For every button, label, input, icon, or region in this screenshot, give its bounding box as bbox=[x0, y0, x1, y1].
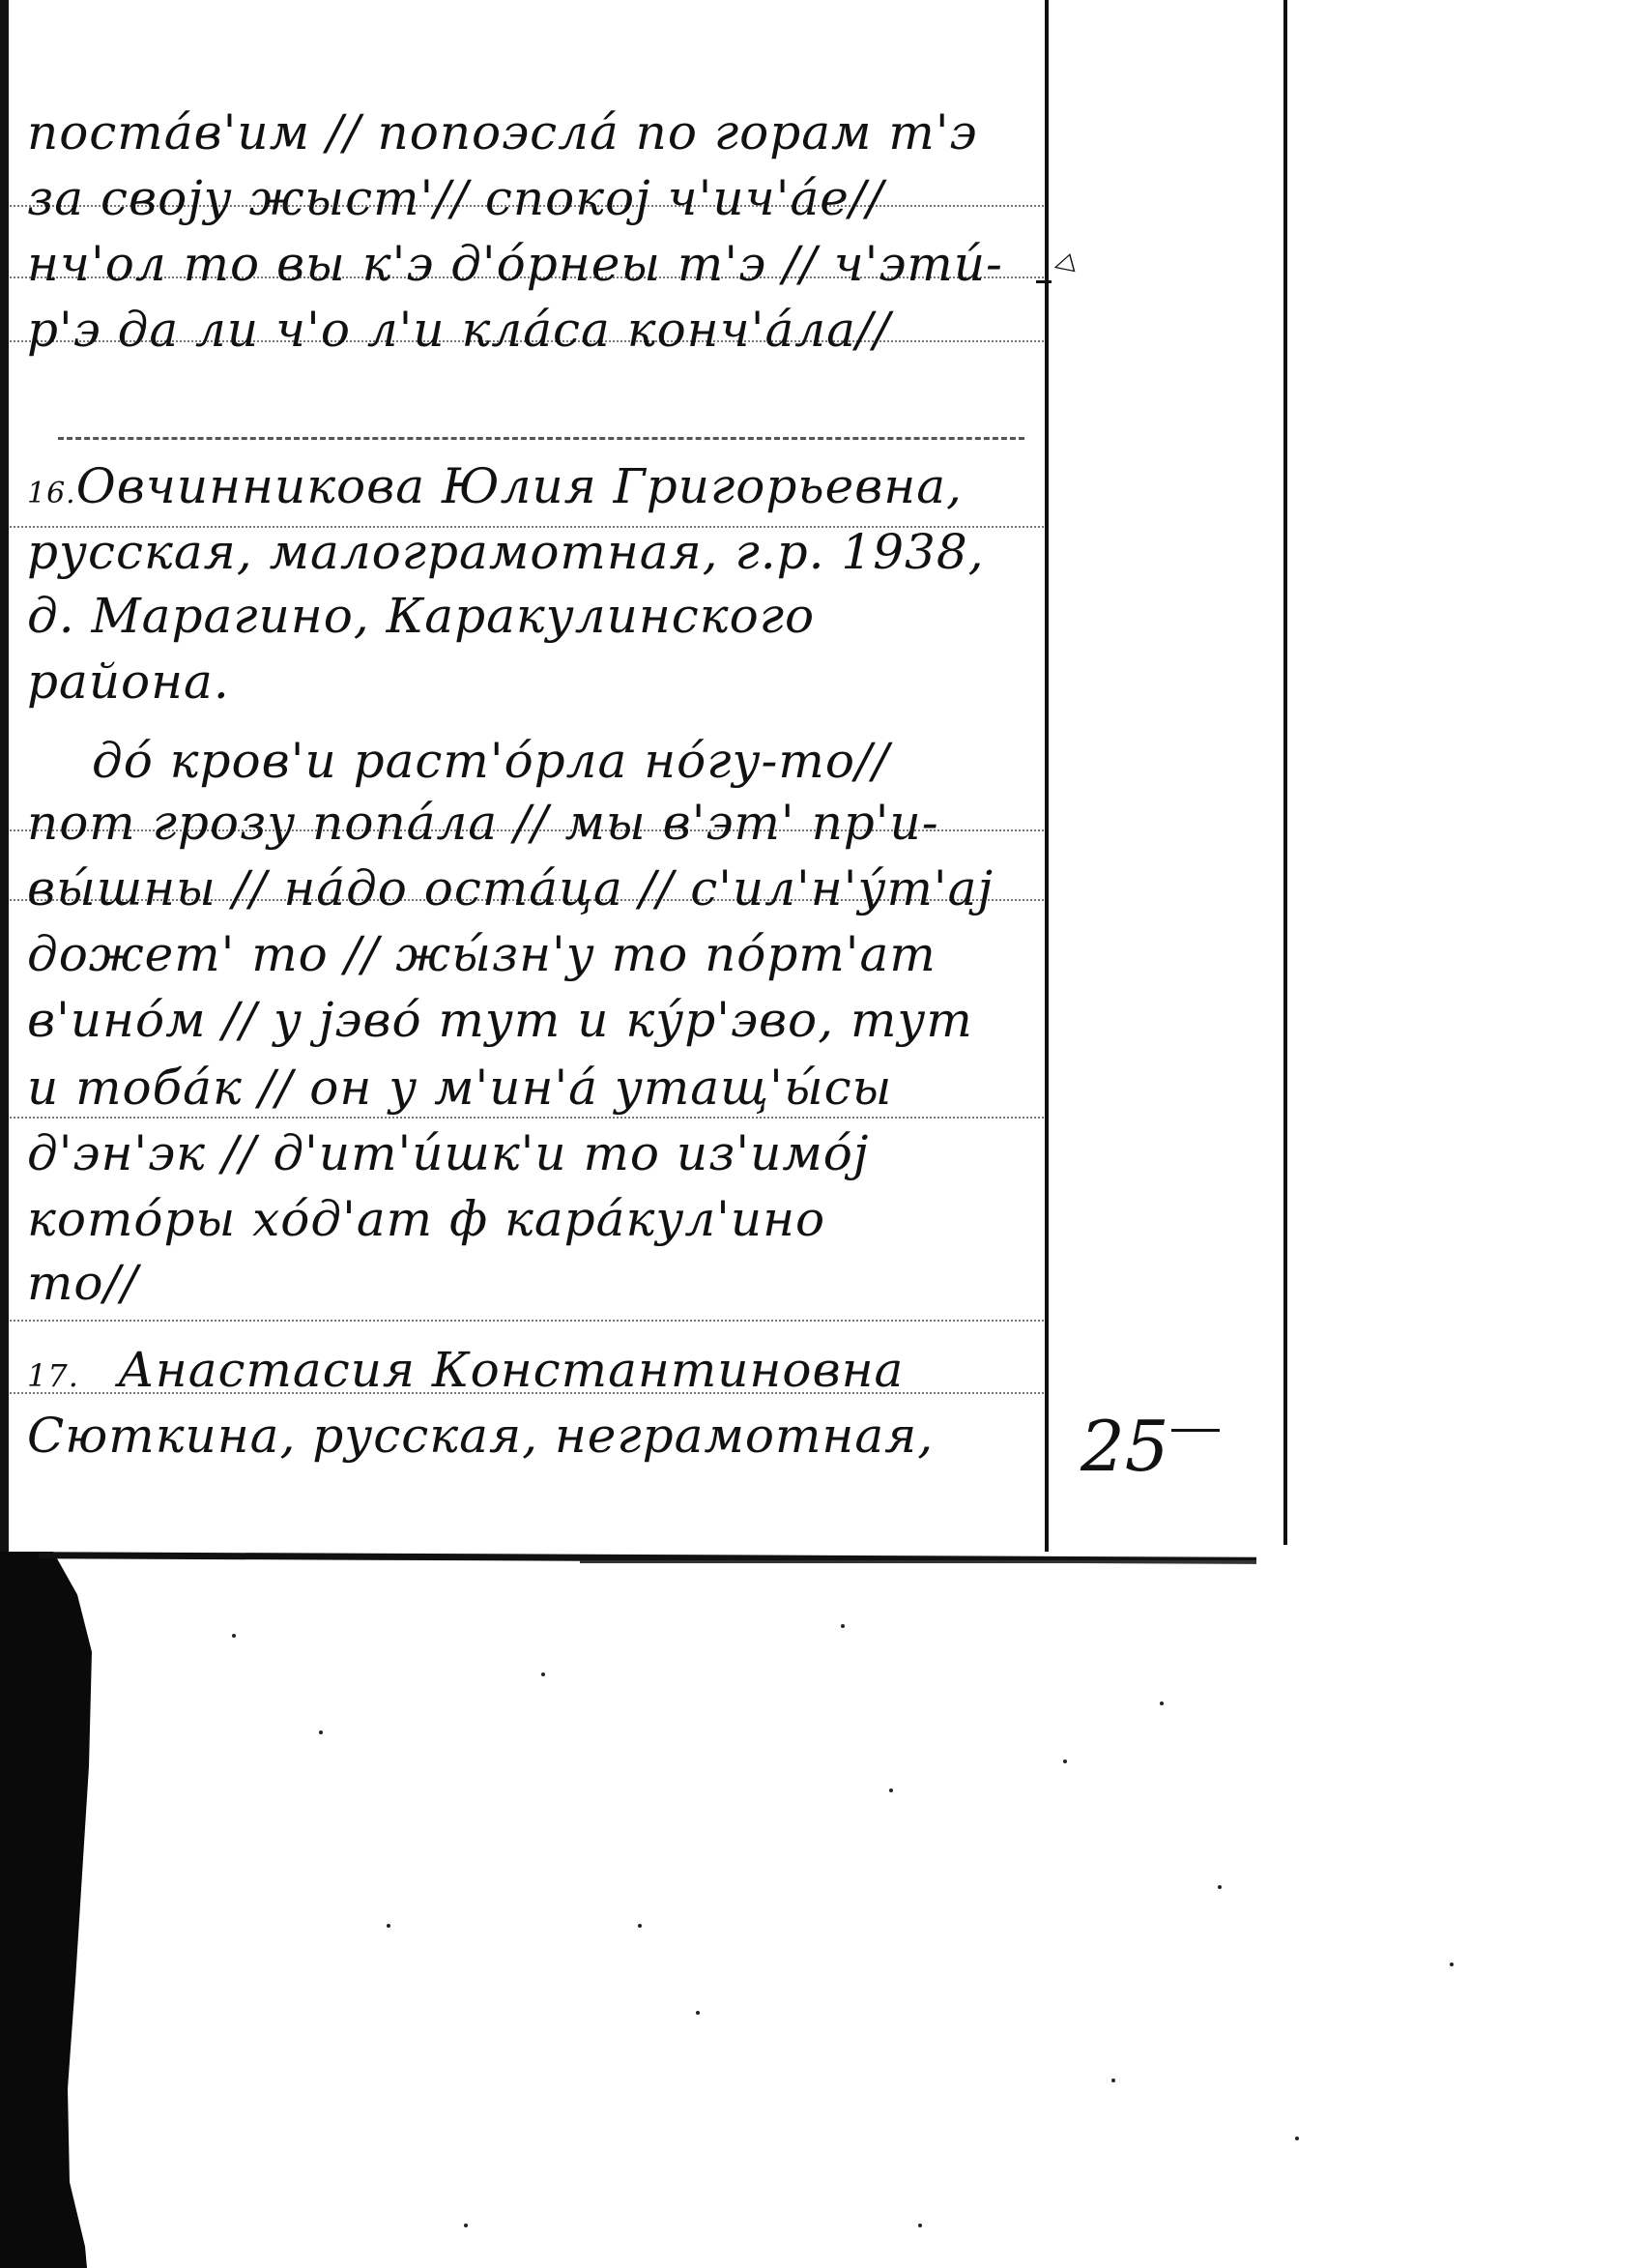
entry-header-line: Анастасия Константиновна bbox=[118, 1342, 904, 1398]
text-line: поста́в'им // попоэсла́ по горам т'э bbox=[27, 108, 1042, 157]
scan-speck bbox=[1063, 1759, 1067, 1763]
scan-speck bbox=[696, 2011, 700, 2015]
text-line: р'э да ли ч'о л'и кла́са конч'а́ла// bbox=[27, 305, 1042, 354]
entry-header-line: д. Марагино, Каракулинского bbox=[27, 592, 1042, 640]
scan-speck bbox=[841, 1624, 845, 1628]
scan-speck bbox=[464, 2224, 468, 2227]
binding-shadow bbox=[0, 1552, 97, 2268]
entry-number: 17. bbox=[27, 1357, 79, 1394]
scan-speck bbox=[1111, 2079, 1115, 2082]
entry-17-header: 17.Анастасия Константиновна bbox=[27, 1346, 1042, 1394]
scanned-page: поста́в'им // попоэсла́ по горам т'э за … bbox=[0, 0, 1643, 2268]
scan-speck bbox=[387, 1924, 390, 1928]
entry-header-line: Овчинникова Юлия Григорьевна, bbox=[76, 458, 963, 514]
text-line: в'ино́м // у јэво́ тут и ку́р'эво, тут bbox=[27, 996, 1042, 1044]
page-bottom-edge-shadow bbox=[580, 1560, 1256, 1563]
scan-speck bbox=[1295, 2137, 1299, 2140]
text-line: дожет' то // жы́зн'у то по́рт'ат bbox=[27, 930, 1042, 978]
entry-header-line: русская, малограмотная, г.р. 1938, bbox=[27, 528, 1042, 576]
scan-speck bbox=[1450, 1963, 1454, 1966]
ruled-line bbox=[10, 1117, 1044, 1119]
text-line: пот грозу попа́ла // мы в'эт' пр'и- bbox=[27, 799, 1042, 847]
text-line: то// bbox=[27, 1259, 1042, 1307]
margin-tick bbox=[1036, 280, 1052, 283]
text-line: вы́шны // на́до оста́ца // с'ил'н'у́т'ај bbox=[27, 864, 1042, 913]
scan-speck bbox=[889, 1788, 893, 1792]
scan-speck bbox=[319, 1730, 323, 1734]
text-line: д'эн'эк // д'ит'и́шк'и то из'имо́ј bbox=[27, 1129, 1042, 1178]
scan-speck bbox=[638, 1924, 642, 1928]
scan-speck bbox=[541, 1672, 545, 1676]
right-border-rule bbox=[1283, 0, 1287, 1545]
page-number: 25 bbox=[1081, 1411, 1169, 1481]
text-line: до́ кров'и раст'о́рла но́гу-то// bbox=[92, 737, 1107, 785]
binding-edge-top bbox=[0, 0, 9, 1561]
ruled-line bbox=[10, 1320, 1044, 1322]
scan-speck bbox=[918, 2224, 922, 2227]
entry-header-line: Сюткина, русская, неграмотная, bbox=[27, 1411, 1042, 1460]
text-line: кото́ры хо́д'ат ф кара́кул'ино bbox=[27, 1195, 1042, 1243]
section-separator bbox=[58, 437, 1024, 440]
page-number-dash bbox=[1171, 1429, 1220, 1432]
text-line: нч'ол то вы к'э д'о́рнеы т'э // ч'эти́- bbox=[27, 240, 1042, 288]
text-line: за своју жыст'// спокој ч'ич'а́е// bbox=[27, 174, 1042, 222]
text-line: и тоба́к // он у м'ин'а́ утащ'ы́сы bbox=[27, 1063, 1042, 1112]
entry-header-line: района. bbox=[27, 657, 1042, 706]
scan-speck bbox=[1218, 1885, 1222, 1889]
entry-16-header: 16.Овчинникова Юлия Григорьевна, bbox=[27, 462, 1042, 510]
entry-number: 16. bbox=[27, 477, 76, 510]
scan-speck bbox=[232, 1634, 236, 1638]
triangle-mark-icon: ◁ bbox=[1050, 247, 1076, 280]
scan-speck bbox=[1160, 1701, 1164, 1705]
